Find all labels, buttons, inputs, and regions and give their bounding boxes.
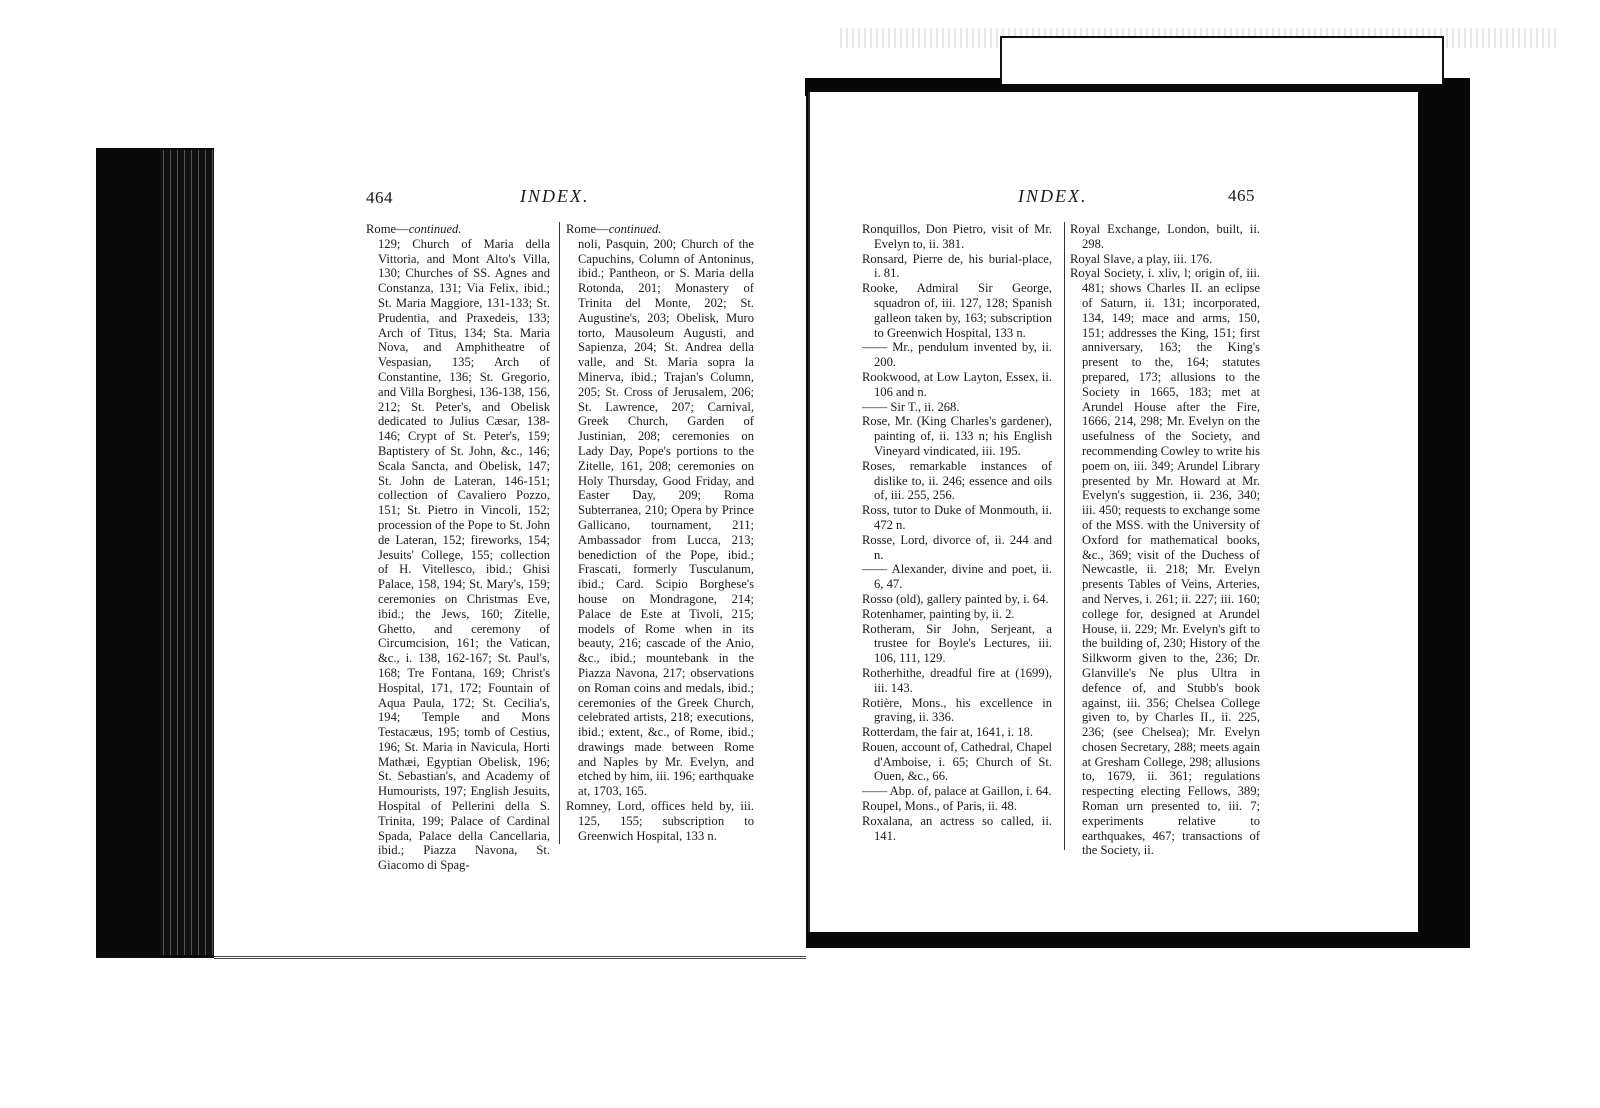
index-entry-text: noli, Pasquin, 200; Church of the Capuch… <box>566 237 754 799</box>
book-edge-tab <box>1000 36 1444 84</box>
index-entry: Rosso (old), gallery painted by, i. 64. <box>862 592 1052 607</box>
index-entry: —— Mr., pendulum invented by, ii. 200. <box>862 340 1052 370</box>
entry-heading-italic: continued. <box>609 222 662 236</box>
index-column-2: Rome—continued. noli, Pasquin, 200; Chur… <box>566 222 754 843</box>
index-entry: Ross, tutor to Duke of Monmouth, ii. 472… <box>862 503 1052 533</box>
page-edges-left <box>160 150 220 955</box>
index-entry: Ronquillos, Don Pietro, visit of Mr. Eve… <box>862 222 1052 252</box>
index-entry: Rooke, Admiral Sir George, squadron of, … <box>862 281 1052 340</box>
index-entry: Royal Society, i. xliv, l; origin of, ii… <box>1070 266 1260 858</box>
index-entry: Roupel, Mons., of Paris, ii. 48. <box>862 799 1052 814</box>
index-entry: Roses, remarkable instances of dislike t… <box>862 459 1052 503</box>
index-entry: Rose, Mr. (King Charles's gardener), pai… <box>862 414 1052 458</box>
running-title-left: INDEX. <box>520 186 590 207</box>
page-465: INDEX. 465 Ronquillos, Don Pietro, visit… <box>808 92 1418 932</box>
index-entry: Ronsard, Pierre de, his burial-place, i.… <box>862 252 1052 282</box>
index-column-3: Ronquillos, Don Pietro, visit of Mr. Eve… <box>862 222 1052 843</box>
index-entry: Rookwood, at Low Layton, Essex, ii. 106 … <box>862 370 1052 400</box>
index-entry: Rotière, Mons., his excellence in gravin… <box>862 696 1052 726</box>
folio-left: 464 <box>366 188 393 208</box>
index-entry-text: 129; Church of Maria della Vittoria, and… <box>366 237 550 873</box>
entry-heading: Rome— <box>566 222 609 236</box>
index-entry: Rouen, account of, Cathedral, Chapel d'A… <box>862 740 1052 784</box>
running-title-right: INDEX. <box>1018 186 1088 207</box>
page-464: 464 INDEX. Rome—continued. 129; Church o… <box>214 96 806 959</box>
folio-right: 465 <box>1228 186 1255 206</box>
index-entry: —— Alexander, divine and poet, ii. 6, 47… <box>862 562 1052 592</box>
index-column-4: Royal Exchange, London, built, ii. 298. … <box>1070 222 1260 858</box>
index-entry: Rotenhamer, painting by, ii. 2. <box>862 607 1052 622</box>
column-rule <box>559 222 560 844</box>
column-rule <box>1064 222 1065 850</box>
index-column-1: Rome—continued. 129; Church of Maria del… <box>366 222 550 873</box>
index-entry: Rotterdam, the fair at, 1641, i. 18. <box>862 725 1052 740</box>
index-entry: Roxalana, an actress so called, ii. 141. <box>862 814 1052 844</box>
index-entry: Rotherhithe, dreadful fire at (1699), ii… <box>862 666 1052 696</box>
entry-heading: Rome— <box>366 222 409 236</box>
index-entry: Rotheram, Sir John, Serjeant, a trustee … <box>862 622 1052 666</box>
index-entry: Rosse, Lord, divorce of, ii. 244 and n. <box>862 533 1052 563</box>
index-entry: Romney, Lord, offices held by, iii. 125,… <box>566 799 754 843</box>
index-entry: Royal Slave, a play, iii. 176. <box>1070 252 1260 267</box>
index-entry: —— Sir T., ii. 268. <box>862 400 1052 415</box>
index-entry: Royal Exchange, London, built, ii. 298. <box>1070 222 1260 252</box>
index-entry: —— Abp. of, palace at Gaillon, i. 64. <box>862 784 1052 799</box>
entry-heading-italic: continued. <box>409 222 462 236</box>
